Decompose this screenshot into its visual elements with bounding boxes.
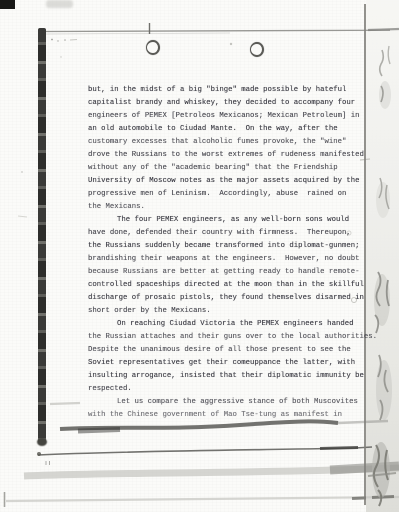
text-line: short order by the Mexicans. [88, 305, 380, 318]
typewritten-text: but, in the midst of a big "binge" made … [88, 84, 380, 422]
speck-dash [14, 331, 21, 332]
pre-paragraph-smear [50, 403, 80, 404]
left-binding-strip [38, 28, 46, 442]
text-line: engineers of PEMEX [Petroleos Mexicanos;… [88, 110, 380, 123]
speck [230, 43, 232, 45]
text-line: but, in the midst of a big "binge" made … [88, 84, 380, 97]
gray-band-smear [24, 468, 399, 476]
speck-dash [70, 40, 77, 41]
text-line: the Russian attaches and their guns over… [88, 331, 380, 344]
top-edge-smudge [46, 0, 73, 8]
text-line: Soviet representatives get their comeupp… [88, 357, 380, 370]
text-line: because Russians are better at getting r… [88, 266, 380, 279]
tiny-ticks [46, 461, 50, 465]
speck [21, 171, 23, 173]
top-left-black-mark [0, 0, 15, 9]
speck [60, 56, 61, 57]
text-line: drove the Russians to the worst extremes… [88, 149, 380, 162]
page-top-edge-faint-line [44, 33, 230, 34]
text-line: capitalist brandy and whiskey, they deci… [88, 97, 380, 110]
bottom-faint-streak [6, 497, 399, 501]
scanned-document-page: but, in the midst of a big "binge" made … [0, 0, 399, 512]
text-line: with the Chinese government of Mao Tse-t… [88, 409, 380, 422]
text-line: Despite the unanimous desire of all thos… [88, 344, 380, 357]
punch-hole-icon [146, 40, 160, 55]
text-line: discharge of prosaic pistols, they found… [88, 292, 380, 305]
punch-hole-icon [250, 42, 264, 57]
text-line: controlled spaceships directed at the mo… [88, 279, 380, 292]
text-line: the Mexicans. [88, 201, 380, 214]
text-line: University of Moscow notes as the major … [88, 175, 380, 188]
page-top-edge-line [44, 30, 390, 31]
text-line: respected. [88, 383, 380, 396]
page-bottom-edge-line [38, 447, 372, 455]
edge-knot [37, 452, 41, 456]
bottom-text-smear [60, 421, 338, 429]
speck-dash [18, 216, 27, 217]
text-line: progressive men of Leninism. Accordingly… [88, 188, 380, 201]
text-line: have done, defended their country with f… [88, 227, 380, 240]
text-line: insulting arrogance, insisted that their… [88, 370, 380, 383]
speck [51, 39, 53, 41]
text-line: The four PEMEX engineers, as any well-bo… [88, 214, 380, 227]
text-line: brandishing their weapons at the enginee… [88, 253, 380, 266]
speck [64, 39, 66, 41]
page-bottom-edge-dark [320, 448, 358, 449]
bottom-text-smear-dark [78, 430, 120, 432]
text-line: Let us compare the aggressive stance of … [88, 396, 380, 409]
text-line: On reaching Ciudad Victoria the PEMEX en… [88, 318, 380, 331]
text-line: without any of the "academic bearing" th… [88, 162, 380, 175]
speck [57, 40, 58, 41]
text-line: the Russians suddenly became transformed… [88, 240, 380, 253]
text-line: an old automobile to Ciudad Mante. On th… [88, 123, 380, 136]
text-line: customary excesses that alcoholic fumes … [88, 136, 380, 149]
